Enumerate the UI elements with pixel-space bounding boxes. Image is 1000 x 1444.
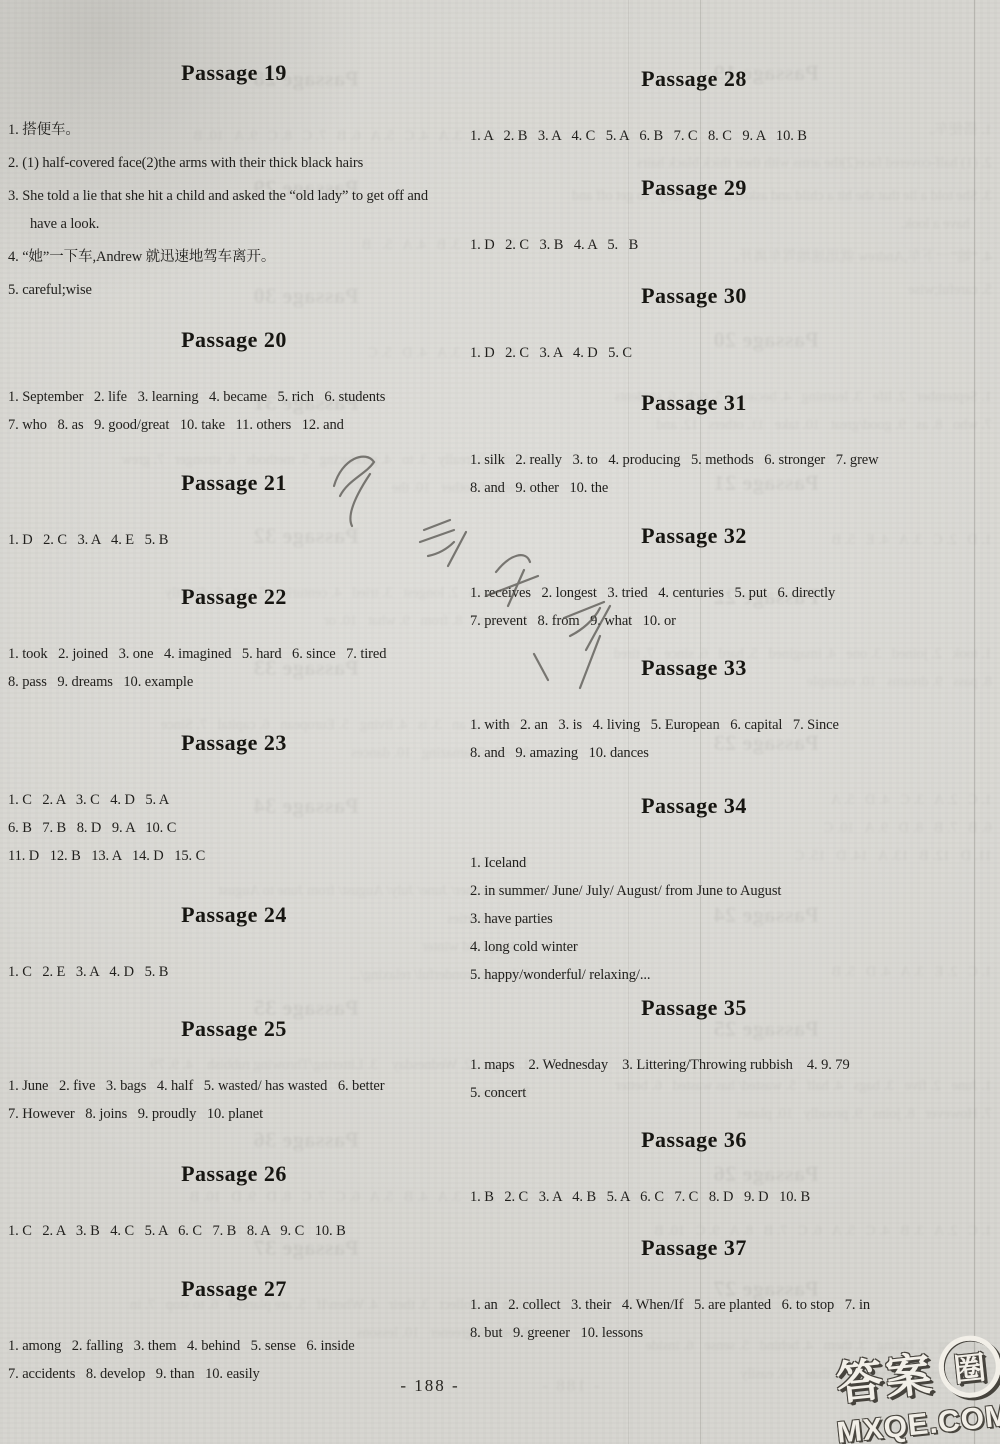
passage-title: Passage 33 [470, 655, 918, 681]
answer-line: 1. C 2. E 3. A 4. D 5. B [8, 958, 460, 986]
answer-line: 3. have parties [470, 905, 918, 933]
passage-title: Passage 27 [8, 1276, 460, 1302]
answer-line: 1. took 2. joined 3. one 4. imagined 5. … [8, 640, 460, 668]
answer-line: 1. D 2. C 3. A 4. E 5. B [8, 526, 460, 554]
answer-line: 1. A 2. B 3. A 4. C 5. A 6. B 7. C 8. C … [470, 122, 918, 150]
passage-section: Passage 331. with 2. an 3. is 4. living … [470, 655, 918, 767]
answer-line: 8. but 9. greener 10. lessons [470, 1319, 918, 1347]
passage-title: Passage 35 [470, 995, 918, 1021]
answer-line: 4. “她”一下车,Andrew 就迅速地驾车离开。 [8, 243, 460, 271]
answer-line: 7. However 8. joins 9. proudly 10. plane… [8, 1100, 460, 1128]
answer-line: 1. D 2. C 3. A 4. D 5. C [470, 339, 918, 367]
passage-title: Passage 34 [470, 793, 918, 819]
answer-line: 2. in summer/ June/ July/ August/ from J… [470, 877, 918, 905]
answer-line: 5. concert [470, 1079, 918, 1107]
passage-section: Passage 221. took 2. joined 3. one 4. im… [8, 584, 460, 696]
answer-line: 5. careful;wise [8, 276, 460, 304]
passage-title: Passage 19 [8, 60, 460, 86]
answer-line: 1. receives 2. longest 3. tried 4. centu… [470, 579, 918, 607]
passage-title: Passage 32 [470, 523, 918, 549]
answer-line: 1. C 2. A 3. B 4. C 5. A 6. C 7. B 8. A … [8, 1217, 460, 1245]
answer-line: 2. (1) half-covered face(2)the arms with… [8, 149, 460, 177]
passage-section: Passage 211. D 2. C 3. A 4. E 5. B [8, 470, 460, 554]
passage-title: Passage 21 [8, 470, 460, 496]
answer-line: 11. D 12. B 13. A 14. D 15. C [8, 842, 460, 870]
answer-line: 1. silk 2. really 3. to 4. producing 5. … [470, 446, 918, 474]
answer-line: 1. with 2. an 3. is 4. living 5. Europea… [470, 711, 918, 739]
passage-title: Passage 31 [470, 390, 918, 416]
answer-line: 5. happy/wonderful/ relaxing/... [470, 961, 918, 989]
passage-section: Passage 361. B 2. C 3. A 4. B 5. A 6. C … [470, 1127, 918, 1211]
passage-section: Passage 191. 搭便车。2. (1) half-covered fac… [8, 60, 460, 309]
answer-line: 1. B 2. C 3. A 4. B 5. A 6. C 7. C 8. D … [470, 1183, 918, 1211]
answer-line: 3. She told a lie that she hit a child a… [8, 182, 460, 238]
passage-title: Passage 25 [8, 1016, 460, 1042]
passage-title: Passage 26 [8, 1161, 460, 1187]
passage-title: Passage 22 [8, 584, 460, 610]
answer-line: 1. an 2. collect 3. their 4. When/If 5. … [470, 1291, 918, 1319]
answer-line: 1. September 2. life 3. learning 4. beca… [8, 383, 460, 411]
passage-section: Passage 341. Iceland2. in summer/ June/ … [470, 793, 918, 989]
answer-line: 6. B 7. B 8. D 9. A 10. C [8, 814, 460, 842]
answer-line: 8. and 9. other 10. the [470, 474, 918, 502]
watermark-brand-text: 答案 [833, 1338, 937, 1414]
passage-section: Passage 231. C 2. A 3. C 4. D 5. A6. B 7… [8, 730, 460, 870]
left-column: Passage 191. 搭便车。2. (1) half-covered fac… [8, 0, 460, 1444]
answer-line: 4. long cold winter [470, 933, 918, 961]
passage-section: Passage 201. September 2. life 3. learni… [8, 327, 460, 439]
passage-title: Passage 37 [470, 1235, 918, 1261]
answer-line: 8. and 9. amazing 10. dances [470, 739, 918, 767]
passage-section: Passage 351. maps 2. Wednesday 3. Litter… [470, 995, 918, 1107]
answer-line: 1. among 2. falling 3. them 4. behind 5.… [8, 1332, 460, 1360]
passage-section: Passage 311. silk 2. really 3. to 4. pro… [470, 390, 918, 502]
watermark: 答案圈 MXQE.COM [828, 1330, 1000, 1444]
passage-title: Passage 24 [8, 902, 460, 928]
right-column: Passage 281. A 2. B 3. A 4. C 5. A 6. B … [470, 0, 918, 1444]
passage-title: Passage 36 [470, 1127, 918, 1153]
passage-title: Passage 23 [8, 730, 460, 756]
passage-title: Passage 20 [8, 327, 460, 353]
passage-section: Passage 301. D 2. C 3. A 4. D 5. C [470, 283, 918, 367]
passage-section: Passage 241. C 2. E 3. A 4. D 5. B [8, 902, 460, 986]
answer-key-page: Passage 191. 搭便车。2. (1) half-covered fac… [0, 0, 1000, 1444]
passage-section: Passage 321. receives 2. longest 3. trie… [470, 523, 918, 635]
footer-page-number: - 188 - [0, 1376, 860, 1396]
answer-line: 7. prevent 8. from 9. what 10. or [470, 607, 918, 635]
passage-section: Passage 291. D 2. C 3. B 4. A 5. B [470, 175, 918, 259]
answer-line: 1. D 2. C 3. B 4. A 5. B [470, 231, 918, 259]
answer-line: 1. Iceland [470, 849, 918, 877]
answer-line: 7. who 8. as 9. good/great 10. take 11. … [8, 411, 460, 439]
watermark-circle-char: 圈 [936, 1333, 1000, 1401]
passage-section: Passage 281. A 2. B 3. A 4. C 5. A 6. B … [470, 66, 918, 150]
passage-section: Passage 371. an 2. collect 3. their 4. W… [470, 1235, 918, 1347]
passage-title: Passage 29 [470, 175, 918, 201]
answer-line: 8. pass 9. dreams 10. example [8, 668, 460, 696]
answer-line: 1. 搭便车。 [8, 116, 460, 144]
answer-line: 1. C 2. A 3. C 4. D 5. A [8, 786, 460, 814]
content-layer: Passage 191. 搭便车。2. (1) half-covered fac… [0, 0, 1000, 1444]
passage-title: Passage 30 [470, 283, 918, 309]
answer-line: 1. June 2. five 3. bags 4. half 5. waste… [8, 1072, 460, 1100]
passage-title: Passage 28 [470, 66, 918, 92]
passage-section: Passage 251. June 2. five 3. bags 4. hal… [8, 1016, 460, 1128]
passage-section: Passage 261. C 2. A 3. B 4. C 5. A 6. C … [8, 1161, 460, 1245]
answer-line: 1. maps 2. Wednesday 3. Littering/Throwi… [470, 1051, 918, 1079]
passage-section: Passage 271. among 2. falling 3. them 4.… [8, 1276, 460, 1388]
